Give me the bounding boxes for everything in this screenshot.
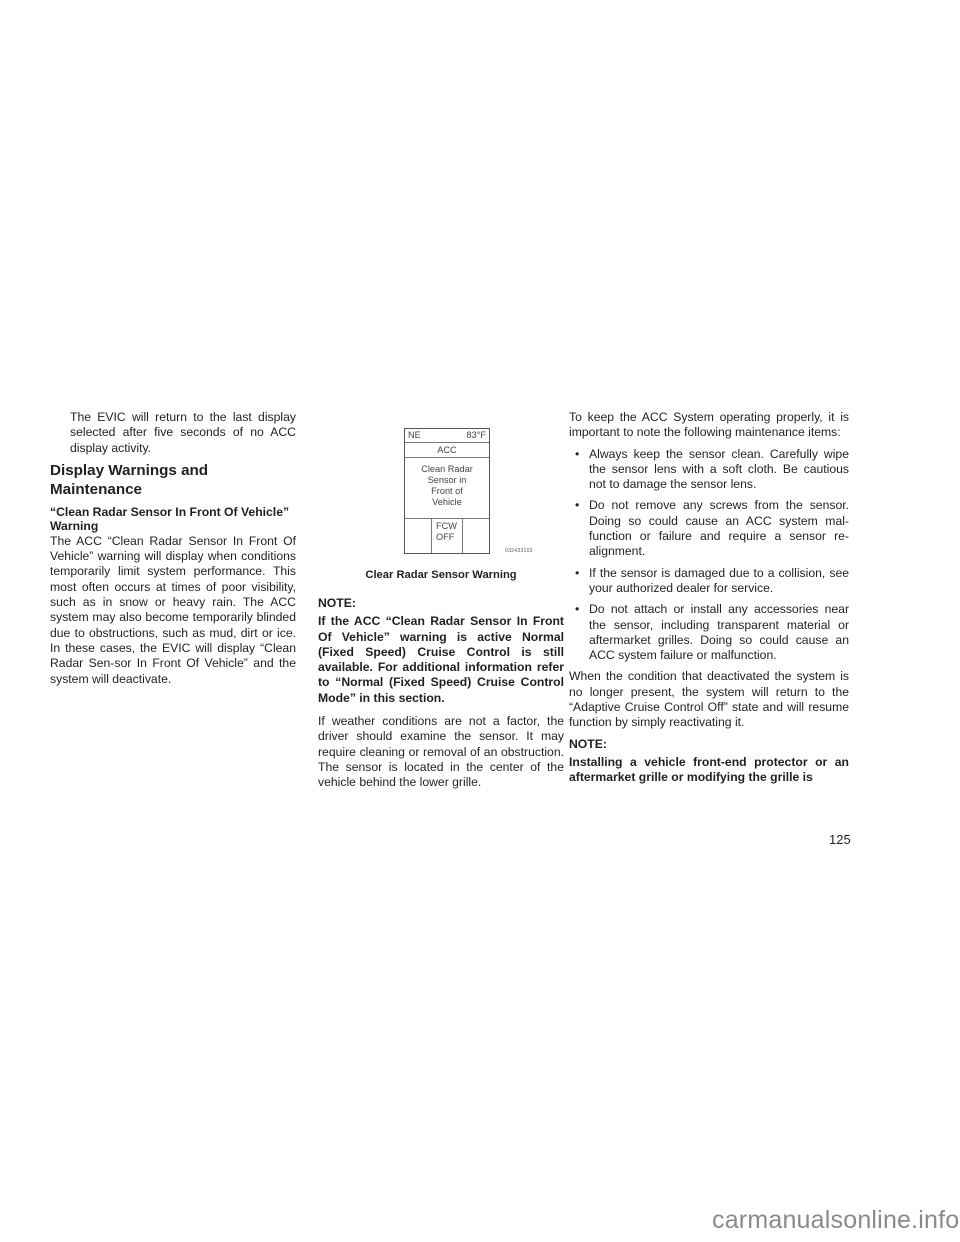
figure-clear-radar-sensor-warning: NE 83°F ACC Clean Radar Sensor in Front … xyxy=(318,412,564,587)
list-item-text: Do not attach or install any accessories… xyxy=(589,602,849,662)
system-return-paragraph: When the condition that deactivated the … xyxy=(569,669,849,730)
note-label: NOTE: xyxy=(318,596,564,611)
list-item-text: Do not remove any screws from the sensor… xyxy=(589,498,849,558)
outside-temperature: 83°F xyxy=(466,430,486,442)
page-number: 125 xyxy=(829,832,851,847)
sensor-inspection-paragraph: If weather conditions are not a factor, … xyxy=(318,714,564,790)
message-line: Sensor in xyxy=(405,475,489,486)
maintenance-list: • Always keep the sensor clean. Carefull… xyxy=(569,447,849,664)
maintenance-intro: To keep the ACC System operating properl… xyxy=(569,410,849,441)
fcw-label: FCW xyxy=(436,521,462,532)
list-item-text: Always keep the sensor clean. Carefully … xyxy=(589,447,849,492)
message-line: Front of xyxy=(405,486,489,497)
compass-direction: NE xyxy=(408,430,421,442)
note-body: If the ACC “Clean Radar Sensor In Front … xyxy=(318,614,564,706)
bullet-icon: • xyxy=(575,566,579,581)
figure-code: 032433103 xyxy=(505,548,533,554)
intro-paragraph: The EVIC will return to the last display… xyxy=(50,410,296,456)
warning-subheading: “Clean Radar Sensor In Front Of Vehicle”… xyxy=(50,505,296,534)
manual-page: The EVIC will return to the last display… xyxy=(0,0,960,1242)
message-line: Vehicle xyxy=(405,497,489,508)
display-cell-right xyxy=(463,519,489,553)
message-line: Clean Radar xyxy=(405,464,489,475)
watermark: carmanualsonline.info xyxy=(712,1206,959,1235)
column-right: To keep the ACC System operating properl… xyxy=(569,410,849,794)
note-label: NOTE: xyxy=(569,737,849,752)
note-body: Installing a vehicle front-end protector… xyxy=(569,755,849,786)
bullet-icon: • xyxy=(575,447,579,462)
fcw-state: OFF xyxy=(436,532,462,543)
bullet-icon: • xyxy=(575,602,579,617)
display-bottom-row: FCW OFF xyxy=(405,519,489,553)
figure-caption: Clear Radar Sensor Warning xyxy=(318,569,564,581)
display-mode: ACC xyxy=(405,443,489,458)
list-item: • Do not remove any screws from the sens… xyxy=(569,498,849,559)
column-left: The EVIC will return to the last display… xyxy=(50,410,296,687)
fcw-status-cell: FCW OFF xyxy=(431,519,463,553)
evic-display-illustration: NE 83°F ACC Clean Radar Sensor in Front … xyxy=(404,428,490,554)
list-item: • If the sensor is damaged due to a coll… xyxy=(569,566,849,597)
warning-description: The ACC “Clean Radar Sensor In Front Of … xyxy=(50,534,296,687)
list-item: • Do not attach or install any accessori… xyxy=(569,602,849,663)
display-cell-left xyxy=(405,519,431,553)
bullet-icon: • xyxy=(575,498,579,513)
column-middle: NOTE: If the ACC “Clean Radar Sensor In … xyxy=(318,596,564,791)
list-item-text: If the sensor is damaged due to a collis… xyxy=(589,566,849,595)
display-status-row: NE 83°F xyxy=(405,429,489,443)
section-title: Display Warnings and Maintenance xyxy=(50,461,296,499)
list-item: • Always keep the sensor clean. Carefull… xyxy=(569,447,849,493)
display-message: Clean Radar Sensor in Front of Vehicle xyxy=(405,458,489,519)
